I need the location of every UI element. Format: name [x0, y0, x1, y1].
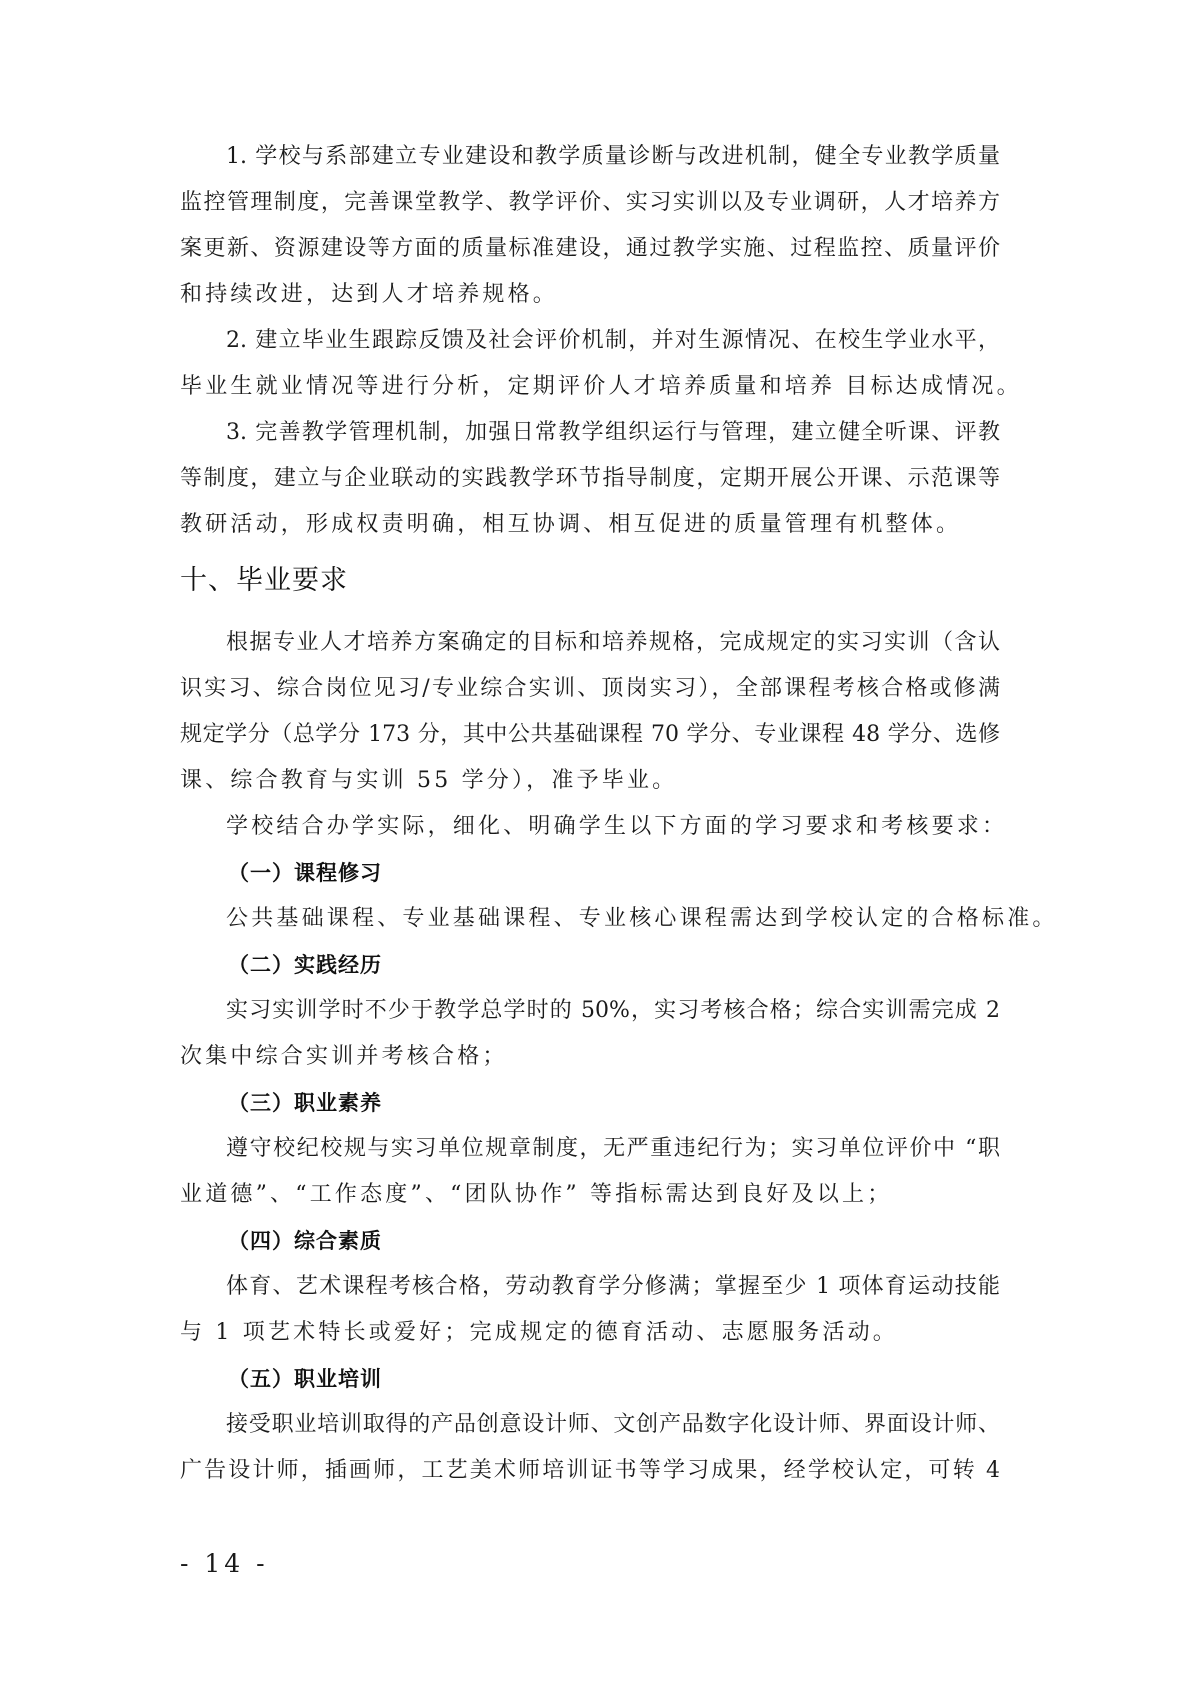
subsection-title-comprehensive-quality: （四）综合素质 — [228, 1226, 382, 1256]
page-number: - 14 - — [180, 1548, 269, 1580]
paragraph-line: 2. 建立毕业生跟踪反馈及社会评价机制，并对生源情况、在校生学业水平， — [226, 326, 1000, 356]
subsection-title-course-study: （一）课程修习 — [228, 858, 382, 888]
paragraph-line: 识实习、综合岗位见习/专业综合实训、顶岗实习），全部课程考核合格或修满 — [180, 674, 1000, 704]
paragraph-line: 次集中综合实训并考核合格； — [180, 1042, 1000, 1072]
paragraph-line: 与 1 项艺术特长或爱好；完成规定的德育活动、志愿服务活动。 — [180, 1318, 1000, 1348]
paragraph-line: 案更新、资源建设等方面的质量标准建设，通过教学实施、过程监控、质量评价 — [180, 234, 1000, 264]
paragraph-line: 公共基础课程、专业基础课程、专业核心课程需达到学校认定的合格标准。 — [226, 904, 1000, 934]
subsection-title-professionalism: （三）职业素养 — [228, 1088, 382, 1118]
section-heading: 十、毕业要求 — [180, 564, 348, 598]
paragraph-line: 毕业生就业情况等进行分析，定期评价人才培养质量和培养 目标达成情况。 — [180, 372, 1000, 402]
subsection-title-practice: （二）实践经历 — [228, 950, 382, 980]
paragraph-line: 接受职业培训取得的产品创意设计师、文创产品数字化设计师、界面设计师、 — [226, 1410, 1000, 1440]
subsection-title-vocational-training: （五）职业培训 — [228, 1364, 382, 1394]
paragraph-line: 实习实训学时不少于教学总学时的 50%，实习考核合格；综合实训需完成 2 — [226, 996, 1000, 1026]
paragraph-line: 业道德”、“工作态度”、“团队协作” 等指标需达到良好及以上； — [180, 1180, 1000, 1210]
paragraph-line: 监控管理制度，完善课堂教学、教学评价、实习实训以及专业调研，人才培养方 — [180, 188, 1000, 218]
paragraph-line: 等制度，建立与企业联动的实践教学环节指导制度，定期开展公开课、示范课等 — [180, 464, 1000, 494]
paragraph-line: 教研活动，形成权责明确，相互协调、相互促进的质量管理有机整体。 — [180, 510, 1000, 540]
paragraph-line: 1. 学校与系部建立专业建设和教学质量诊断与改进机制，健全专业教学质量 — [226, 142, 1000, 172]
document-page: 1. 学校与系部建立专业建设和教学质量诊断与改进机制，健全专业教学质量 监控管理… — [0, 0, 1191, 1684]
paragraph-line: 根据专业人才培养方案确定的目标和培养规格，完成规定的实习实训（含认 — [226, 628, 1000, 658]
paragraph-line: 广告设计师，插画师，工艺美术师培训证书等学习成果，经学校认定，可转 4 — [180, 1456, 1000, 1486]
paragraph-line: 体育、艺术课程考核合格，劳动教育学分修满；掌握至少 1 项体育运动技能 — [226, 1272, 1000, 1302]
paragraph-line: 遵守校纪校规与实习单位规章制度，无严重违纪行为；实习单位评价中 “职 — [226, 1134, 1000, 1164]
paragraph-line: 和持续改进，达到人才培养规格。 — [180, 280, 1000, 310]
paragraph-line: 规定学分（总学分 173 分，其中公共基础课程 70 学分、专业课程 48 学分… — [180, 720, 1000, 750]
paragraph-line: 3. 完善教学管理机制，加强日常教学组织运行与管理，建立健全听课、评教 — [226, 418, 1000, 448]
paragraph-line: 课、综合教育与实训 55 学分），准予毕业。 — [180, 766, 1000, 796]
school-requirements-intro: 学校结合办学实际，细化、明确学生以下方面的学习要求和考核要求： — [226, 812, 1000, 842]
